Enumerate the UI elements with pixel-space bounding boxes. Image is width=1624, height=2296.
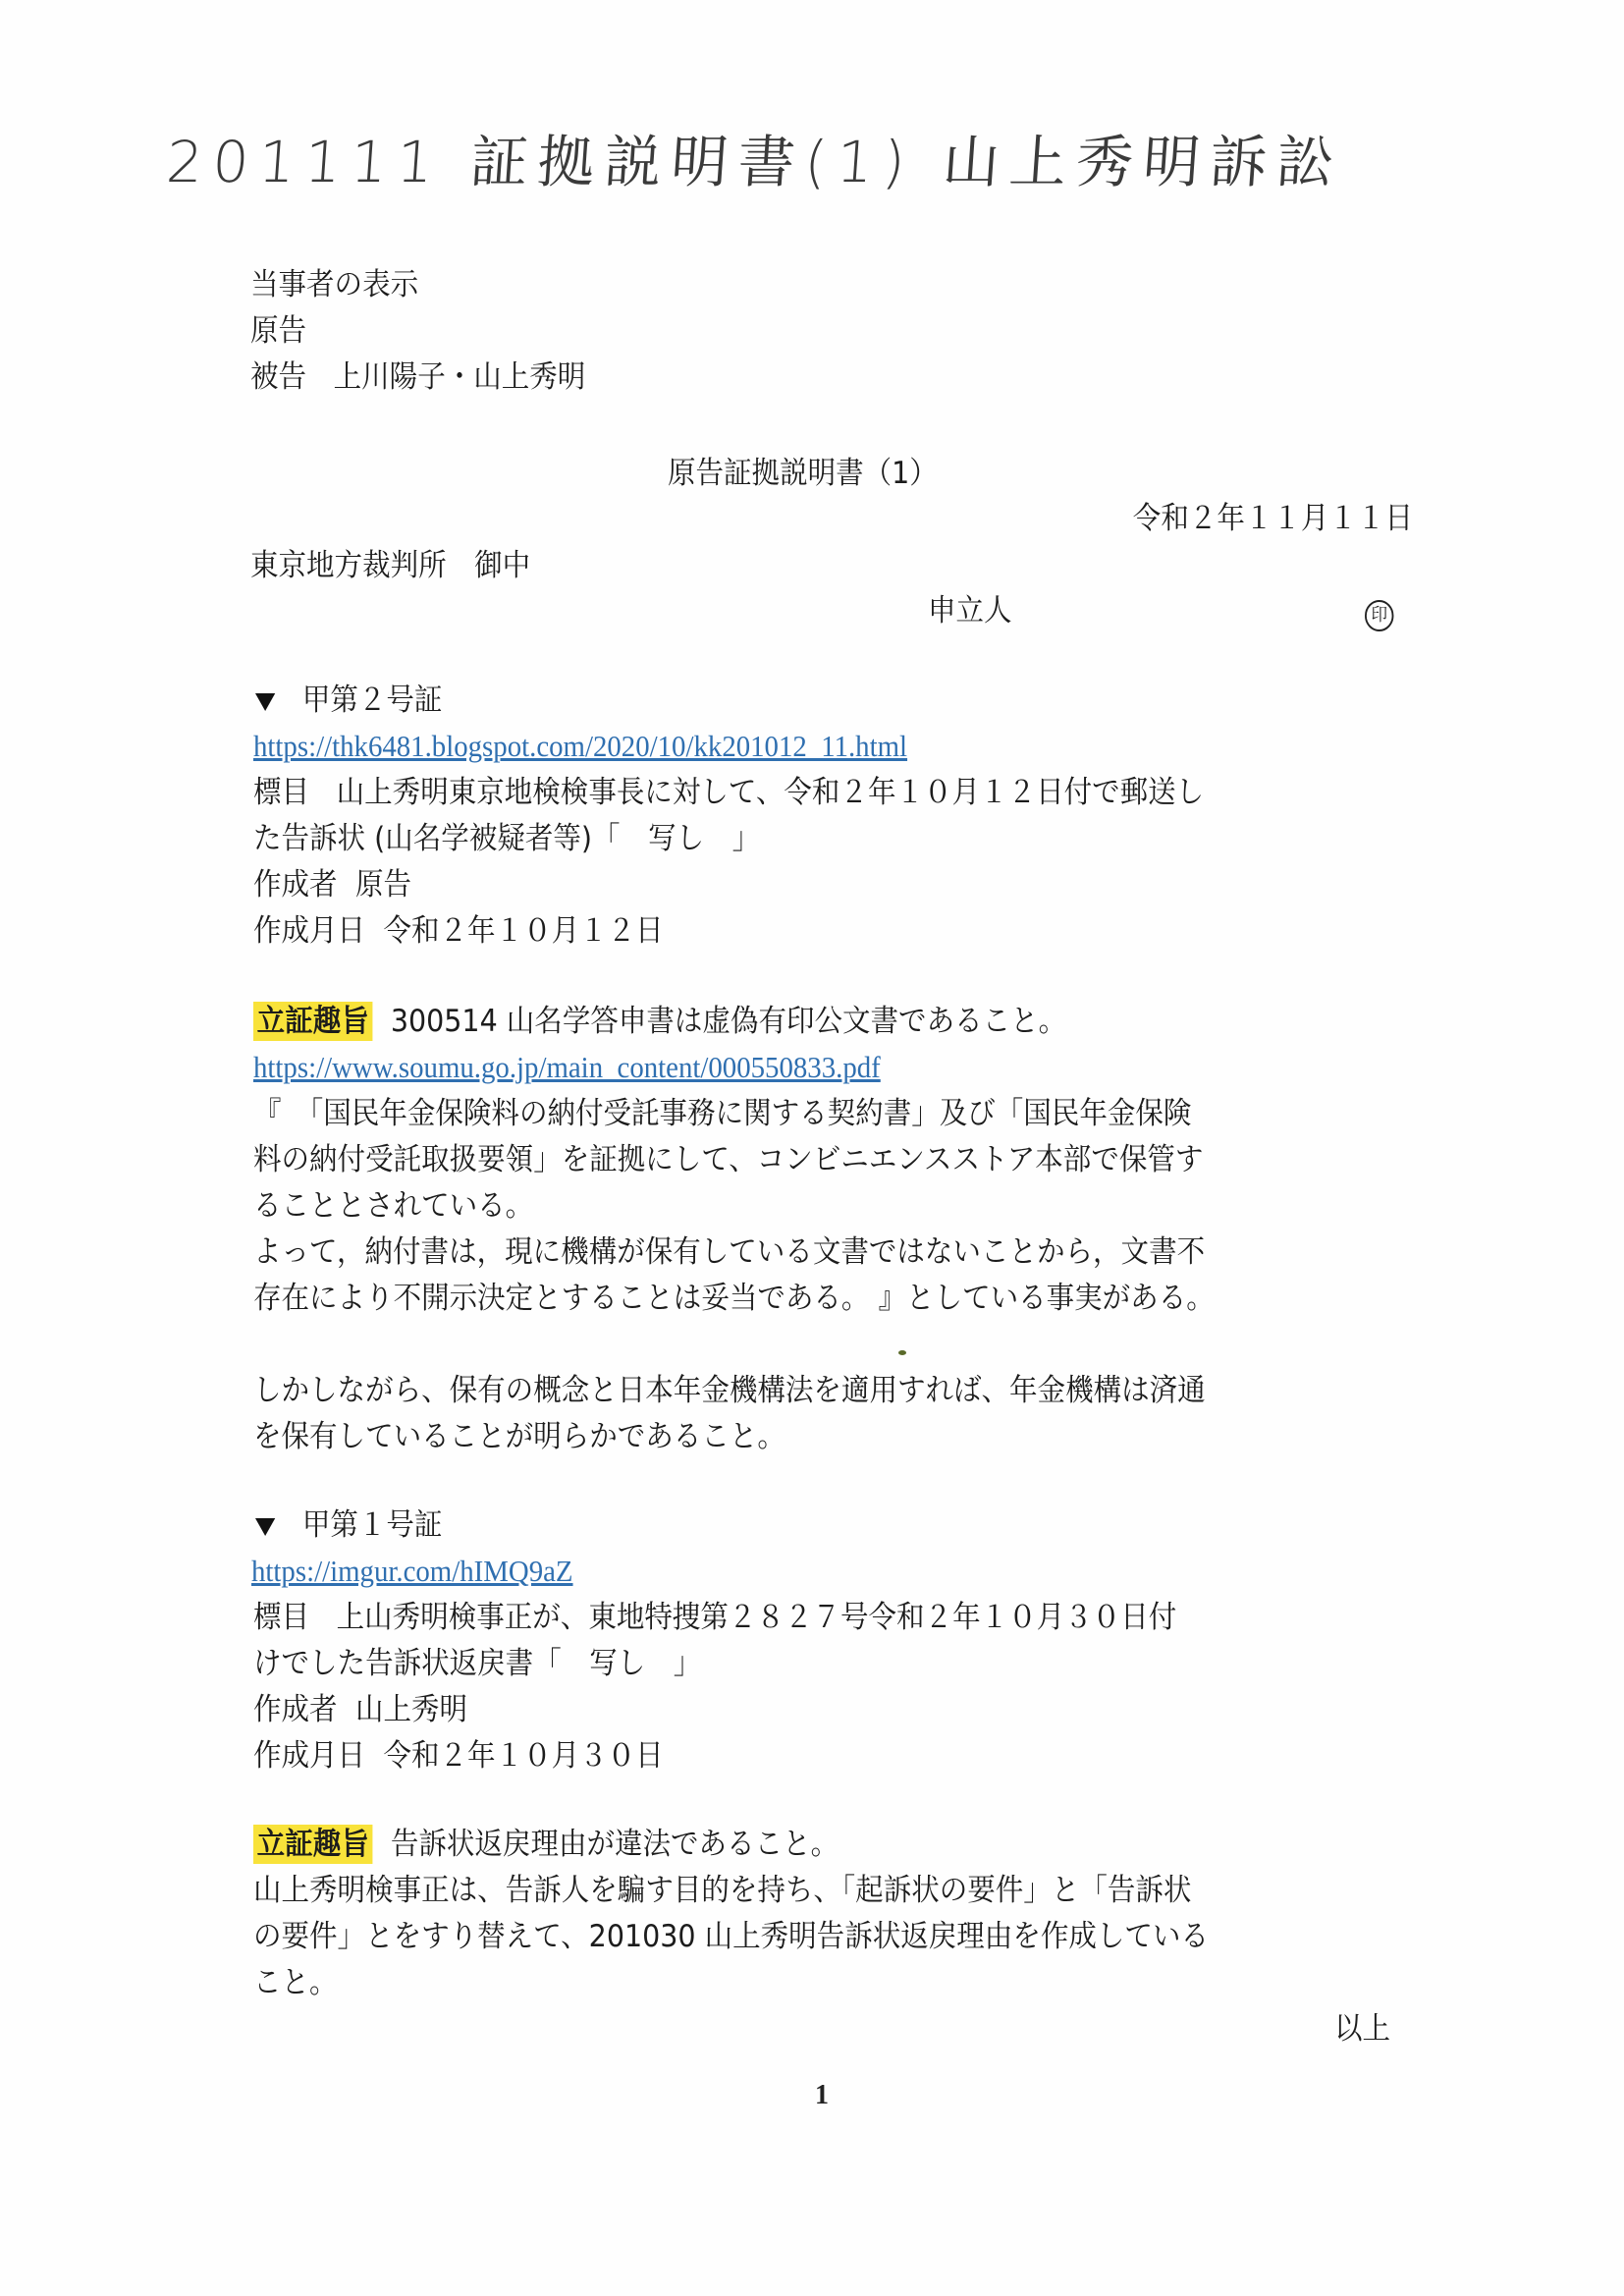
handwritten-title: 201111 証拠説明書(1) 山上秀明訴訟 <box>164 116 1346 198</box>
purpose-badge: 立証趣旨 <box>253 1002 372 1041</box>
parties-heading: 当事者の表示 <box>250 265 418 304</box>
purpose-text: 300514 山名学答申書は虚偽有印公文書であること。 <box>391 1004 1066 1039</box>
evidence-1-purpose: 立証趣旨告訴状返戻理由が違法であること。 <box>253 1825 839 1864</box>
body-line: 存在により不開示決定とすることは妥当である。 』としている事実がある。 <box>253 1279 1215 1318</box>
defendant-label: 被告 <box>250 359 306 395</box>
scan-speck <box>898 1350 906 1355</box>
title-text: 山上秀明東京地検検事長に対して、令和２年１０月１２日付で郵送し <box>337 775 1205 810</box>
document-date: 令和２年１１月１１日 <box>1133 499 1413 538</box>
author-value: 原告 <box>355 867 411 902</box>
purpose-text: 告訴状返戻理由が違法であること。 <box>391 1827 839 1862</box>
evidence-1-title-line1: 標目上山秀明検事正が、東地特捜第２８２７号令和２年１０月３０日付 <box>253 1598 1176 1637</box>
evidence-label: 甲第１号証 <box>302 1507 443 1543</box>
title-label: 標目 <box>253 1600 309 1635</box>
page-number: 1 <box>815 2080 829 2111</box>
author-label: 作成者 <box>253 1692 338 1727</box>
evidence-2-title-line1: 標目山上秀明東京地検検事長に対して、令和２年１０月１２日付で郵送し <box>253 773 1204 812</box>
evidence-2-date: 作成月日令和２年１０月１２日 <box>253 911 664 951</box>
defendant-row: 被告上川陽子・山上秀明 <box>250 357 585 397</box>
evidence-label: 甲第２号証 <box>302 683 443 718</box>
evidence-heading-1: 甲第１号証 <box>255 1505 442 1545</box>
evidence-2-purpose: 立証趣旨300514 山名学答申書は虚偽有印公文書であること。 <box>253 1002 1066 1041</box>
title-label: 標目 <box>253 775 309 810</box>
evidence-1-link[interactable]: https://imgur.com/hIMQ9aZ <box>251 1552 573 1591</box>
triangle-down-icon <box>255 1518 275 1536</box>
evidence-2-author: 作成者原告 <box>253 865 411 904</box>
evidence-2-link[interactable]: https://thk6481.blogspot.com/2020/10/kk2… <box>253 727 907 766</box>
addressee: 東京地方裁判所 御中 <box>250 546 530 585</box>
author-label: 作成者 <box>253 867 338 902</box>
applicant-label: 申立人 <box>928 591 1012 630</box>
evidence-1-date: 作成月日令和２年１０月３０日 <box>253 1736 664 1776</box>
title-text: 上山秀明検事正が、東地特捜第２８２７号令和２年１０月３０日付 <box>337 1600 1177 1635</box>
defendant-names: 上川陽子・山上秀明 <box>334 359 586 395</box>
date-value: 令和２年１０月３０日 <box>383 1738 663 1774</box>
evidence-2-title-line2: た告訴状 (山名学被疑者等)「 写し 」 <box>253 819 760 858</box>
seal-mark: 印 <box>1365 591 1393 631</box>
body-line: 山上秀明検事正は、告訴人を騙す目的を持ち、「起訴状の要件」と「告訴状 <box>253 1871 1191 1910</box>
body-line: の要件」とをすり替えて、201030 山上秀明告訴状返戻理由を作成している <box>253 1917 1209 1956</box>
body-line: こと。 <box>253 1963 338 2002</box>
seal-icon: 印 <box>1365 600 1393 631</box>
date-label: 作成月日 <box>253 1738 365 1774</box>
date-label: 作成月日 <box>253 913 365 949</box>
document-title: 原告証拠説明書（1） <box>668 454 938 493</box>
evidence-heading-2: 甲第２号証 <box>255 681 442 720</box>
triangle-down-icon <box>255 693 275 711</box>
body-line: 料の納付受託取扱要領」を証拠にして、コンビニエンスストア本部で保管す <box>253 1140 1203 1179</box>
purpose-source-link[interactable]: https://www.soumu.go.jp/main_content/000… <box>253 1048 881 1087</box>
date-value: 令和２年１０月１２日 <box>383 913 663 949</box>
purpose-badge: 立証趣旨 <box>253 1825 372 1864</box>
evidence-1-title-line2: けでした告訴状返戻書「 写し 」 <box>253 1644 701 1683</box>
document-page: 201111 証拠説明書(1) 山上秀明訴訟 当事者の表示 原告 被告上川陽子・… <box>0 0 1624 2296</box>
body-line: よって，納付書は，現に機構が保有している文書ではないことから，文書不 <box>253 1232 1205 1272</box>
body-line: を保有していることが明らかであること。 <box>253 1417 785 1456</box>
body-line: しかしながら、保有の概念と日本年金機構法を適用すれば、年金機構は済通 <box>253 1371 1206 1410</box>
closing-text: 以上 <box>1334 2009 1390 2049</box>
body-line: 『 「国民年金保険料の納付受託事務に関する契約書」及び「国民年金保険 <box>253 1094 1191 1133</box>
author-value: 山上秀明 <box>355 1692 467 1727</box>
plaintiff-label: 原告 <box>250 311 306 351</box>
body-line: ることとされている。 <box>253 1186 533 1226</box>
evidence-1-author: 作成者山上秀明 <box>253 1690 467 1729</box>
